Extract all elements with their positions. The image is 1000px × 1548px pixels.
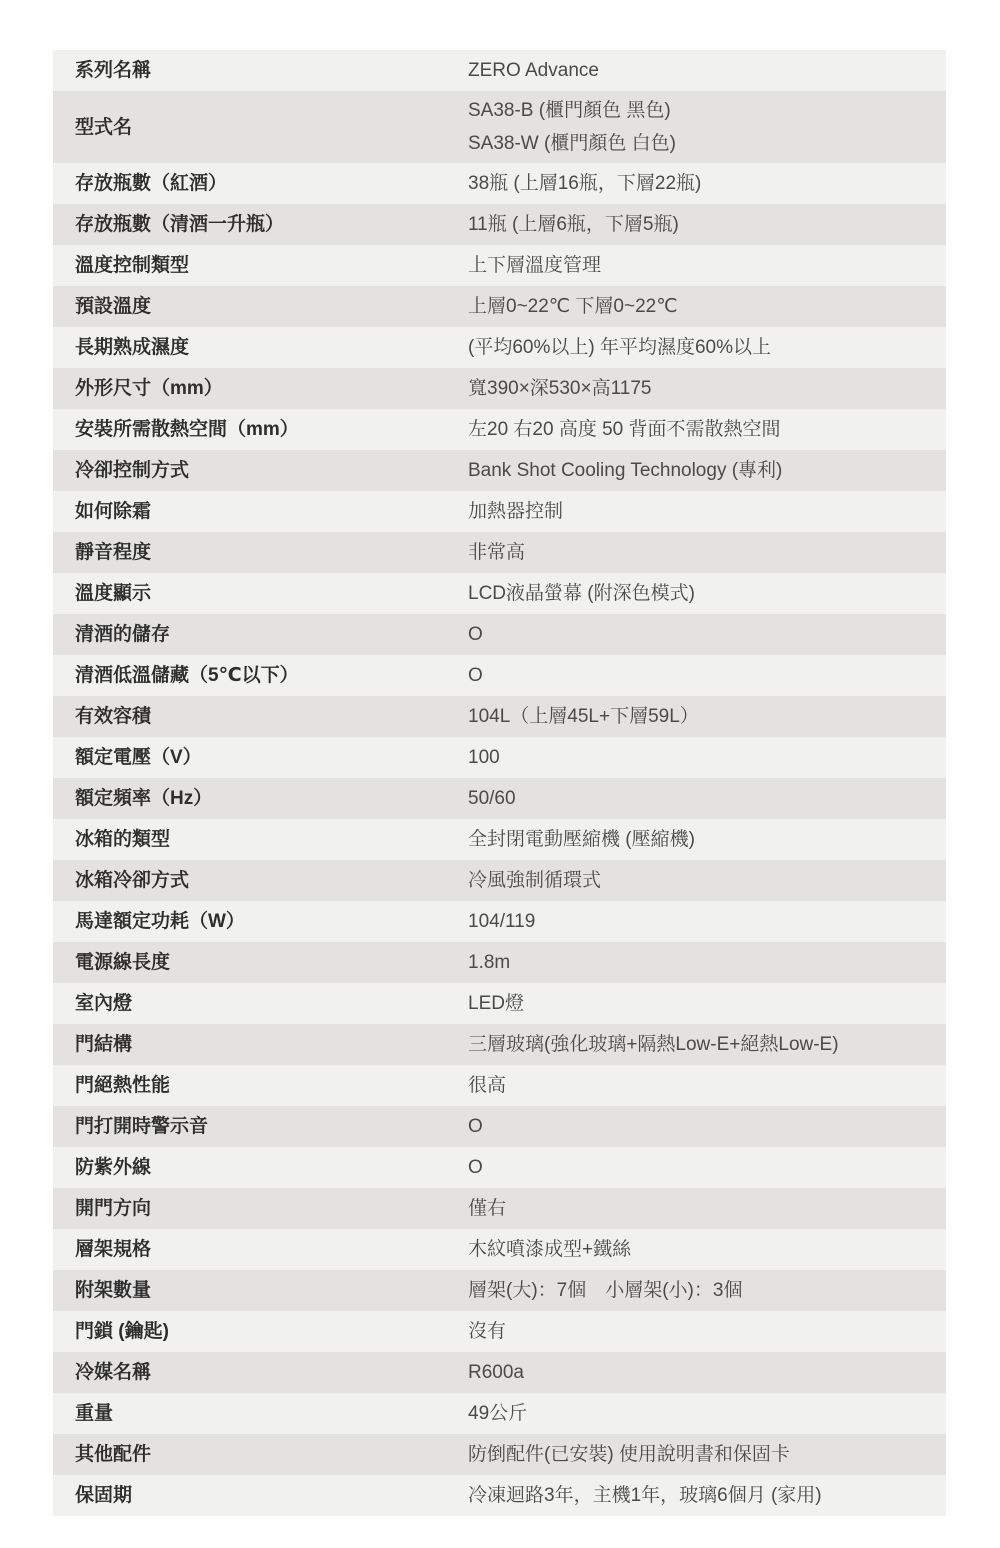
- spec-value: 加熱器控制: [468, 495, 946, 528]
- spec-value: 防倒配件(已安裝) 使用說明書和保固卡: [468, 1438, 946, 1471]
- spec-label: 防紫外線: [53, 1151, 468, 1184]
- spec-value: 上層0~22℃ 下層0~22℃: [468, 290, 946, 323]
- spec-row: 重量 49公斤: [53, 1393, 946, 1434]
- spec-row: 冷媒名稱 R600a: [53, 1352, 946, 1393]
- spec-value: O: [468, 618, 946, 651]
- spec-label: 其他配件: [53, 1438, 468, 1471]
- spec-row: 冰箱的類型 全封閉電動壓縮機 (壓縮機): [53, 819, 946, 860]
- spec-row: 額定電壓（V） 100: [53, 737, 946, 778]
- spec-value: 寬390×深530×高1175: [468, 372, 946, 405]
- spec-table: 系列名稱 ZERO Advance 型式名 SA38-B (櫃門顏色 黑色) S…: [53, 50, 946, 1516]
- spec-value: 50/60: [468, 782, 946, 815]
- spec-row: 保固期 冷凍迴路3年，主機1年，玻璃6個月 (家用): [53, 1475, 946, 1516]
- spec-label: 外形尺寸（mm）: [53, 372, 468, 405]
- spec-label: 門鎖 (鑰匙): [53, 1315, 468, 1348]
- spec-row: 門結構 三層玻璃(強化玻璃+隔熱Low-E+絕熱Low-E): [53, 1024, 946, 1065]
- spec-label: 存放瓶數（紅酒）: [53, 167, 468, 200]
- spec-value: 非常高: [468, 536, 946, 569]
- spec-row: 清酒的儲存 O: [53, 614, 946, 655]
- spec-value: 很高: [468, 1069, 946, 1102]
- spec-row: 室內燈 LED燈: [53, 983, 946, 1024]
- spec-row: 存放瓶數（清酒一升瓶） 11瓶 (上層6瓶，下層5瓶): [53, 204, 946, 245]
- spec-value: 冷風強制循環式: [468, 864, 946, 897]
- spec-label: 開門方向: [53, 1192, 468, 1225]
- spec-value: O: [468, 1151, 946, 1184]
- spec-value: ZERO Advance: [468, 54, 946, 87]
- spec-value: 僅右: [468, 1192, 946, 1225]
- spec-value: 木紋噴漆成型+鐵絲: [468, 1233, 946, 1266]
- spec-row: 附架數量 層架(大)：7個 小層架(小)：3個: [53, 1270, 946, 1311]
- spec-row: 冷卻控制方式 Bank Shot Cooling Technology (專利): [53, 450, 946, 491]
- spec-row: 溫度顯示 LCD液晶螢幕 (附深色模式): [53, 573, 946, 614]
- spec-label: 額定電壓（V）: [53, 741, 468, 774]
- spec-row: 有效容積 104L（上層45L+下層59L）: [53, 696, 946, 737]
- spec-value: 層架(大)：7個 小層架(小)：3個: [468, 1274, 946, 1307]
- spec-label: 層架規格: [53, 1233, 468, 1266]
- spec-label: 有效容積: [53, 700, 468, 733]
- spec-row: 系列名稱 ZERO Advance: [53, 50, 946, 91]
- spec-label: 馬達額定功耗（W）: [53, 905, 468, 938]
- spec-row: 門絕熱性能 很高: [53, 1065, 946, 1106]
- spec-label: 溫度顯示: [53, 577, 468, 610]
- spec-value: Bank Shot Cooling Technology (專利): [468, 454, 946, 487]
- spec-label: 冷卻控制方式: [53, 454, 468, 487]
- spec-label: 存放瓶數（清酒一升瓶）: [53, 208, 468, 241]
- spec-value: SA38-B (櫃門顏色 黑色) SA38-W (櫃門顏色 白色): [468, 94, 946, 160]
- spec-value: 104/119: [468, 905, 946, 938]
- spec-label: 冰箱冷卻方式: [53, 864, 468, 897]
- spec-value: 上下層溫度管理: [468, 249, 946, 282]
- spec-row: 型式名 SA38-B (櫃門顏色 黑色) SA38-W (櫃門顏色 白色): [53, 91, 946, 163]
- spec-row: 如何除霜 加熱器控制: [53, 491, 946, 532]
- spec-row: 清酒低溫儲藏（5℃以下） O: [53, 655, 946, 696]
- spec-row: 溫度控制類型 上下層溫度管理: [53, 245, 946, 286]
- spec-label: 重量: [53, 1397, 468, 1430]
- spec-row: 外形尺寸（mm） 寬390×深530×高1175: [53, 368, 946, 409]
- spec-value: O: [468, 659, 946, 692]
- spec-value: 1.8m: [468, 946, 946, 979]
- spec-label: 長期熟成濕度: [53, 331, 468, 364]
- spec-value: 沒有: [468, 1315, 946, 1348]
- spec-value: 100: [468, 741, 946, 774]
- spec-label: 冰箱的類型: [53, 823, 468, 856]
- spec-value: (平均60%以上) 年平均濕度60%以上: [468, 331, 946, 364]
- spec-row: 長期熟成濕度 (平均60%以上) 年平均濕度60%以上: [53, 327, 946, 368]
- spec-row: 開門方向 僅右: [53, 1188, 946, 1229]
- spec-row: 層架規格 木紋噴漆成型+鐵絲: [53, 1229, 946, 1270]
- spec-value: 11瓶 (上層6瓶，下層5瓶): [468, 208, 946, 241]
- spec-value: 左20 右20 高度 50 背面不需散熱空間: [468, 413, 946, 446]
- spec-row: 額定頻率（Hz） 50/60: [53, 778, 946, 819]
- spec-value: O: [468, 1110, 946, 1143]
- spec-value: 全封閉電動壓縮機 (壓縮機): [468, 823, 946, 856]
- spec-label: 門絕熱性能: [53, 1069, 468, 1102]
- spec-label: 安裝所需散熱空間（mm）: [53, 413, 468, 446]
- spec-label: 型式名: [53, 111, 468, 144]
- spec-value: LED燈: [468, 987, 946, 1020]
- spec-value: 38瓶 (上層16瓶，下層22瓶): [468, 167, 946, 200]
- spec-value: 104L（上層45L+下層59L）: [468, 700, 946, 733]
- spec-row: 馬達額定功耗（W） 104/119: [53, 901, 946, 942]
- spec-value: LCD液晶螢幕 (附深色模式): [468, 577, 946, 610]
- spec-label: 門結構: [53, 1028, 468, 1061]
- spec-row: 安裝所需散熱空間（mm） 左20 右20 高度 50 背面不需散熱空間: [53, 409, 946, 450]
- spec-value: 49公斤: [468, 1397, 946, 1430]
- spec-label: 保固期: [53, 1479, 468, 1512]
- spec-label: 系列名稱: [53, 54, 468, 87]
- spec-row: 其他配件 防倒配件(已安裝) 使用說明書和保固卡: [53, 1434, 946, 1475]
- spec-label: 清酒低溫儲藏（5℃以下）: [53, 659, 468, 692]
- spec-row: 防紫外線 O: [53, 1147, 946, 1188]
- spec-label: 室內燈: [53, 987, 468, 1020]
- spec-value: 三層玻璃(強化玻璃+隔熱Low-E+絕熱Low-E): [468, 1028, 946, 1061]
- spec-value: R600a: [468, 1356, 946, 1389]
- spec-row: 電源線長度 1.8m: [53, 942, 946, 983]
- spec-label: 額定頻率（Hz）: [53, 782, 468, 815]
- spec-row: 門打開時警示音 O: [53, 1106, 946, 1147]
- spec-label: 電源線長度: [53, 946, 468, 979]
- spec-label: 門打開時警示音: [53, 1110, 468, 1143]
- spec-label: 溫度控制類型: [53, 249, 468, 282]
- spec-label: 靜音程度: [53, 536, 468, 569]
- spec-label: 如何除霜: [53, 495, 468, 528]
- spec-label: 預設溫度: [53, 290, 468, 323]
- spec-row: 靜音程度 非常高: [53, 532, 946, 573]
- spec-row: 冰箱冷卻方式 冷風強制循環式: [53, 860, 946, 901]
- spec-row: 預設溫度 上層0~22℃ 下層0~22℃: [53, 286, 946, 327]
- spec-row: 存放瓶數（紅酒） 38瓶 (上層16瓶，下層22瓶): [53, 163, 946, 204]
- spec-label: 附架數量: [53, 1274, 468, 1307]
- spec-label: 清酒的儲存: [53, 618, 468, 651]
- spec-row: 門鎖 (鑰匙) 沒有: [53, 1311, 946, 1352]
- spec-value: 冷凍迴路3年，主機1年，玻璃6個月 (家用): [468, 1479, 946, 1512]
- spec-label: 冷媒名稱: [53, 1356, 468, 1389]
